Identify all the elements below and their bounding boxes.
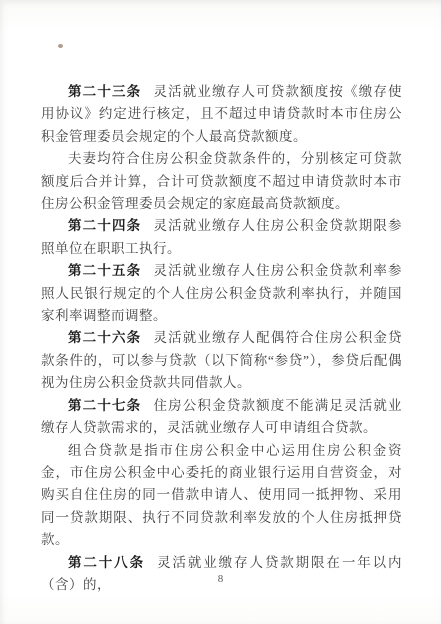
article-25-paragraph: 第二十五条灵活就业缴存人住房公积金贷款利率参照人民银行规定的个人住房公积金贷款利… (41, 260, 402, 327)
page-number: 8 (0, 573, 441, 585)
article-28-number: 第二十八条 (68, 555, 145, 570)
article-23-number: 第二十三条 (68, 84, 141, 99)
article-25-number: 第二十五条 (68, 263, 141, 278)
article-24-number: 第二十四条 (68, 218, 141, 233)
article-23-paragraph: 第二十三条灵活就业缴存人可贷款额度按《缴存使用协议》约定进行核定，且不超过申请贷… (41, 81, 402, 148)
article-27-number: 第二十七条 (68, 398, 141, 413)
article-27-continuation-paragraph: 组合贷款是指市住房公积金中心运用住房公积金资金，市住房公积金中心委托的商业银行运… (41, 440, 402, 552)
article-27-paragraph: 第二十七条住房公积金贷款额度不能满足灵活就业缴存人贷款需求的，灵活就业缴存人可申… (41, 395, 402, 440)
article-23b-text: 夫妻均符合住房公积金贷款条件的，分别核定可贷款额度后合并计算，合计可贷款额度不超… (41, 151, 402, 211)
document-body: 第二十三条灵活就业缴存人可贷款额度按《缴存使用协议》约定进行核定，且不超过申请贷… (41, 81, 402, 596)
scan-speck-artifact (58, 44, 63, 48)
article-24-paragraph: 第二十四条灵活就业缴存人住房公积金贷款期限参照单位在职职工执行。 (41, 215, 402, 260)
article-23-continuation-paragraph: 夫妻均符合住房公积金贷款条件的，分别核定可贷款额度后合并计算，合计可贷款额度不超… (41, 148, 402, 215)
article-26-paragraph: 第二十六条灵活就业缴存人配偶符合住房公积金贷款条件的，可以参与贷款（以下简称“参… (41, 327, 402, 394)
article-27b-text: 组合贷款是指市住房公积金中心运用住房公积金资金，市住房公积金中心委托的商业银行运… (41, 443, 402, 548)
article-26-number: 第二十六条 (68, 330, 141, 345)
scanned-document-page: 第二十三条灵活就业缴存人可贷款额度按《缴存使用协议》约定进行核定，且不超过申请贷… (0, 0, 441, 624)
